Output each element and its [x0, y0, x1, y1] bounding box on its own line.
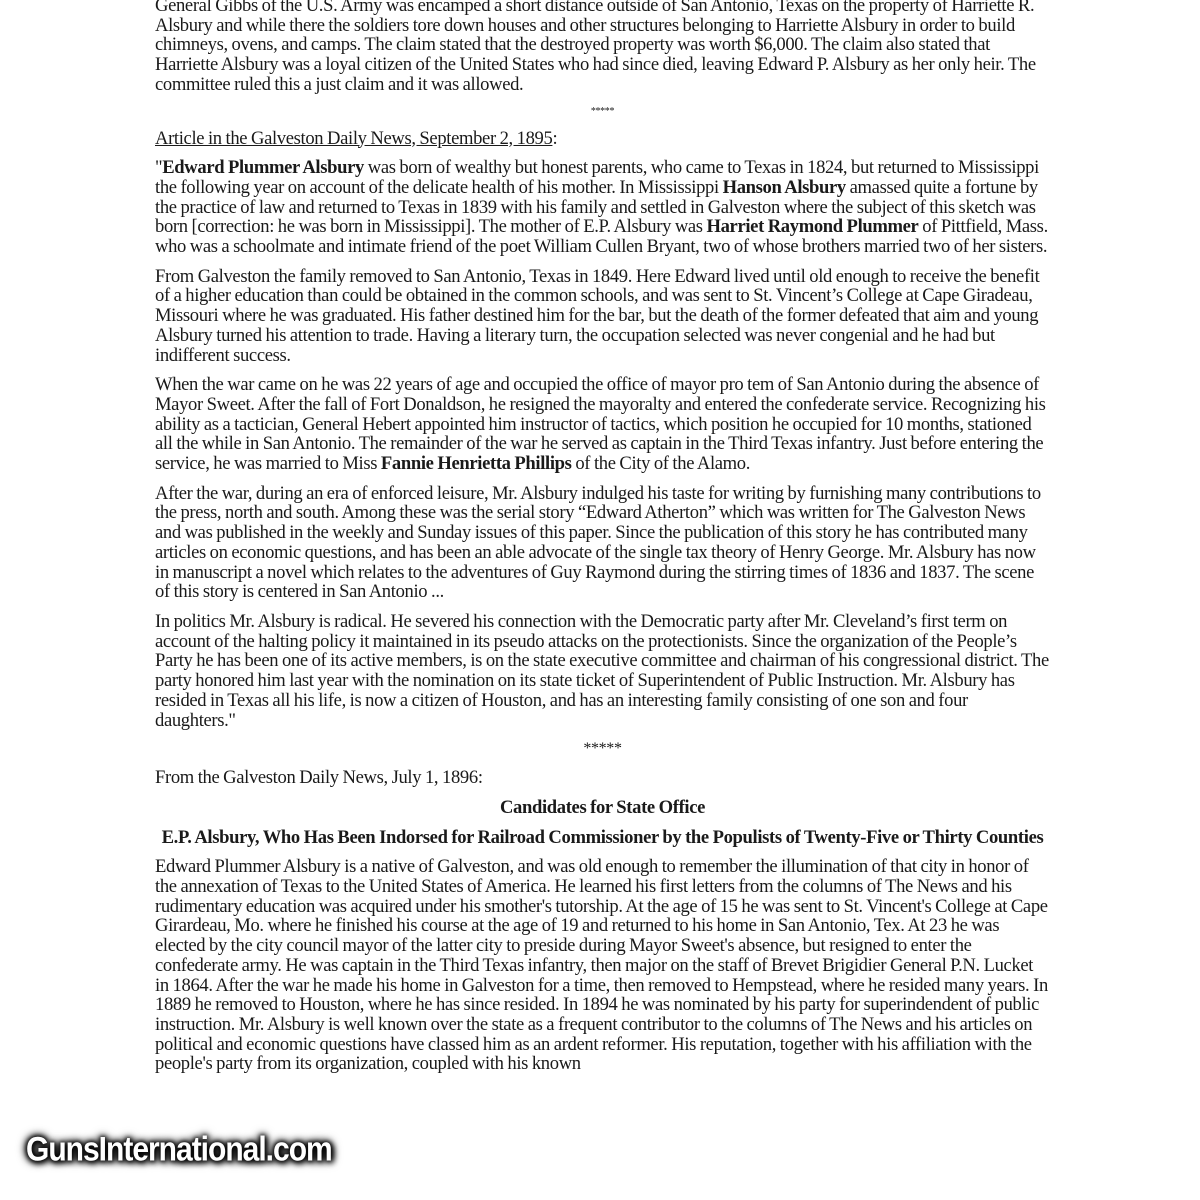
- person-name: Hanson Alsbury: [723, 177, 846, 198]
- article1-paragraph-2: From Galveston the family removed to San…: [155, 267, 1050, 366]
- article2-heading: Candidates for State Office: [155, 798, 1050, 818]
- article1-paragraph-4: After the war, during an era of enforced…: [155, 484, 1050, 602]
- article2-subheading: E.P. Alsbury, Who Has Been Indorsed for …: [155, 828, 1050, 848]
- section-separator: *****: [155, 740, 1050, 758]
- article1-paragraph-3: When the war came on he was 22 years of …: [155, 375, 1050, 474]
- watermark-logo: GunsInternational.com: [26, 1130, 332, 1169]
- section-separator: *****: [155, 105, 1050, 119]
- article1-paragraph-5: In politics Mr. Alsbury is radical. He s…: [155, 612, 1050, 730]
- article2-paragraph-1: Edward Plummer Alsbury is a native of Ga…: [155, 857, 1050, 1074]
- person-name: Edward Plummer Alsbury: [162, 157, 364, 178]
- person-name: Fannie Henrietta Phillips: [381, 453, 572, 474]
- article1-source-label: Article in the Galveston Daily News, Sep…: [155, 128, 552, 149]
- person-name: Harriet Raymond Plummer: [707, 216, 919, 237]
- article1-source: Article in the Galveston Daily News, Sep…: [155, 129, 1050, 149]
- article1-paragraph-1: "Edward Plummer Alsbury was born of weal…: [155, 158, 1050, 257]
- article2-source: From the Galveston Daily News, July 1, 1…: [155, 768, 1050, 788]
- document-page: General Gibbs of the U.S. Army was encam…: [155, 0, 1050, 1084]
- intro-paragraph: General Gibbs of the U.S. Army was encam…: [155, 0, 1050, 95]
